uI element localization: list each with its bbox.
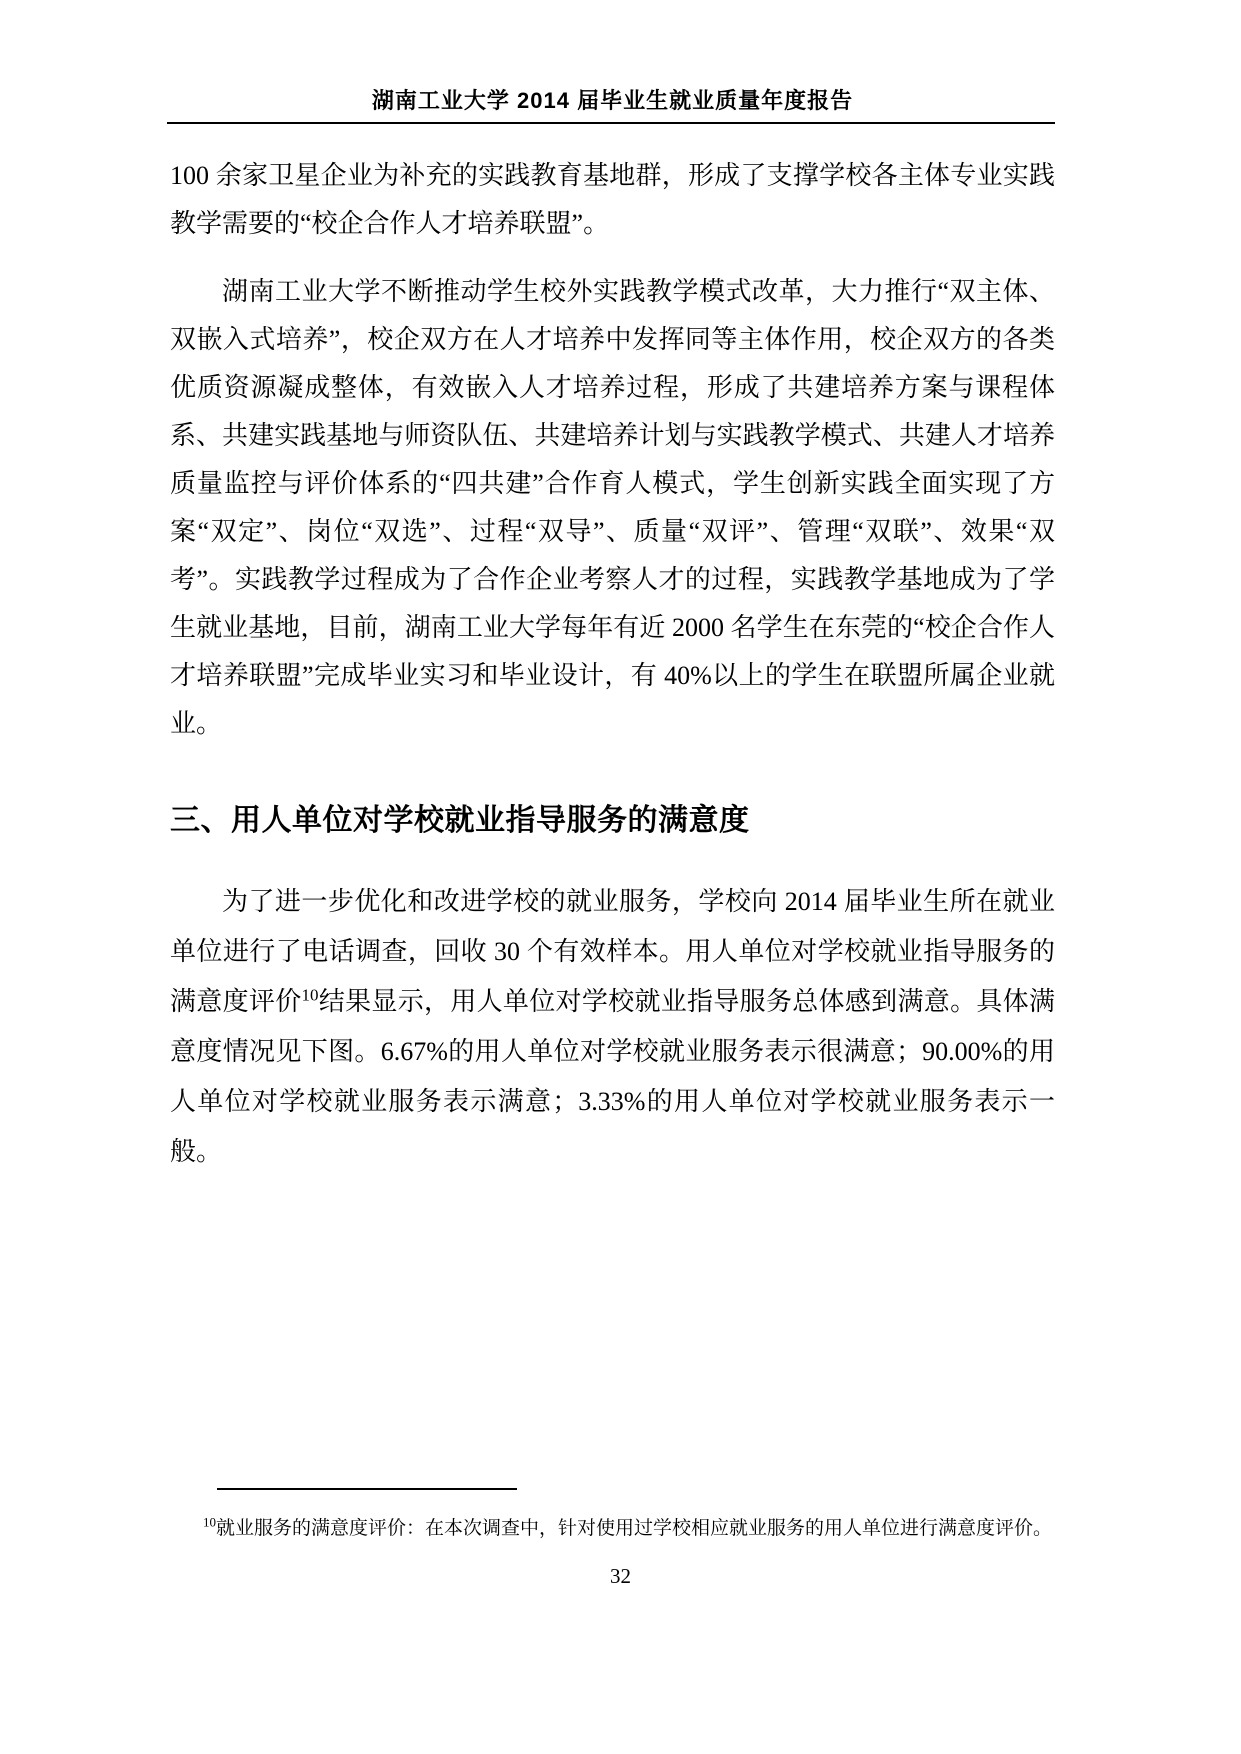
section-heading-employer-satisfaction: 三、用人单位对学校就业指导服务的满意度 xyxy=(170,799,1055,843)
page-number: 32 xyxy=(0,1564,1241,1589)
survey-text-after-footnote-ref: 结果显示，用人单位对学校就业指导服务总体感到满意。具体满意度情况见下图。6.67… xyxy=(170,987,1055,1166)
footnote-reference-10: 10 xyxy=(302,985,319,1004)
footnote-text: 就业服务的满意度评价：在本次调查中，针对使用过学校相应就业服务的用人单位进行满意… xyxy=(216,1518,1052,1539)
paragraph-dual-embedding-training: 湖南工业大学不断推动学生校外实践教学模式改革，大力推行“双主体、双嵌入式培养”，… xyxy=(170,268,1055,748)
footnote-marker-10: 10 xyxy=(203,1515,216,1530)
footnote-area: 10就业服务的满意度评价：在本次调查中，针对使用过学校相应就业服务的用人单位进行… xyxy=(203,1488,1059,1542)
document-body: 100 余家卫星企业为补充的实践教育基地群，形成了支撑学校各主体专业实践教学需要… xyxy=(170,152,1055,1177)
footnote-text-line: 10就业服务的满意度评价：在本次调查中，针对使用过学校相应就业服务的用人单位进行… xyxy=(203,1515,1059,1542)
page-header-title: 湖南工业大学 2014 届毕业生就业质量年度报告 xyxy=(170,84,1055,115)
paragraph-satisfaction-survey: 为了进一步优化和改进学校的就业服务，学校向 2014 届毕业生所在就业单位进行了… xyxy=(170,877,1055,1177)
paragraph-practice-base: 100 余家卫星企业为补充的实践教育基地群，形成了支撑学校各主体专业实践教学需要… xyxy=(170,152,1055,248)
footnote-separator xyxy=(217,1488,517,1490)
header-divider xyxy=(167,122,1055,124)
document-page: 湖南工业大学 2014 届毕业生就业质量年度报告 100 余家卫星企业为补充的实… xyxy=(0,0,1241,1754)
